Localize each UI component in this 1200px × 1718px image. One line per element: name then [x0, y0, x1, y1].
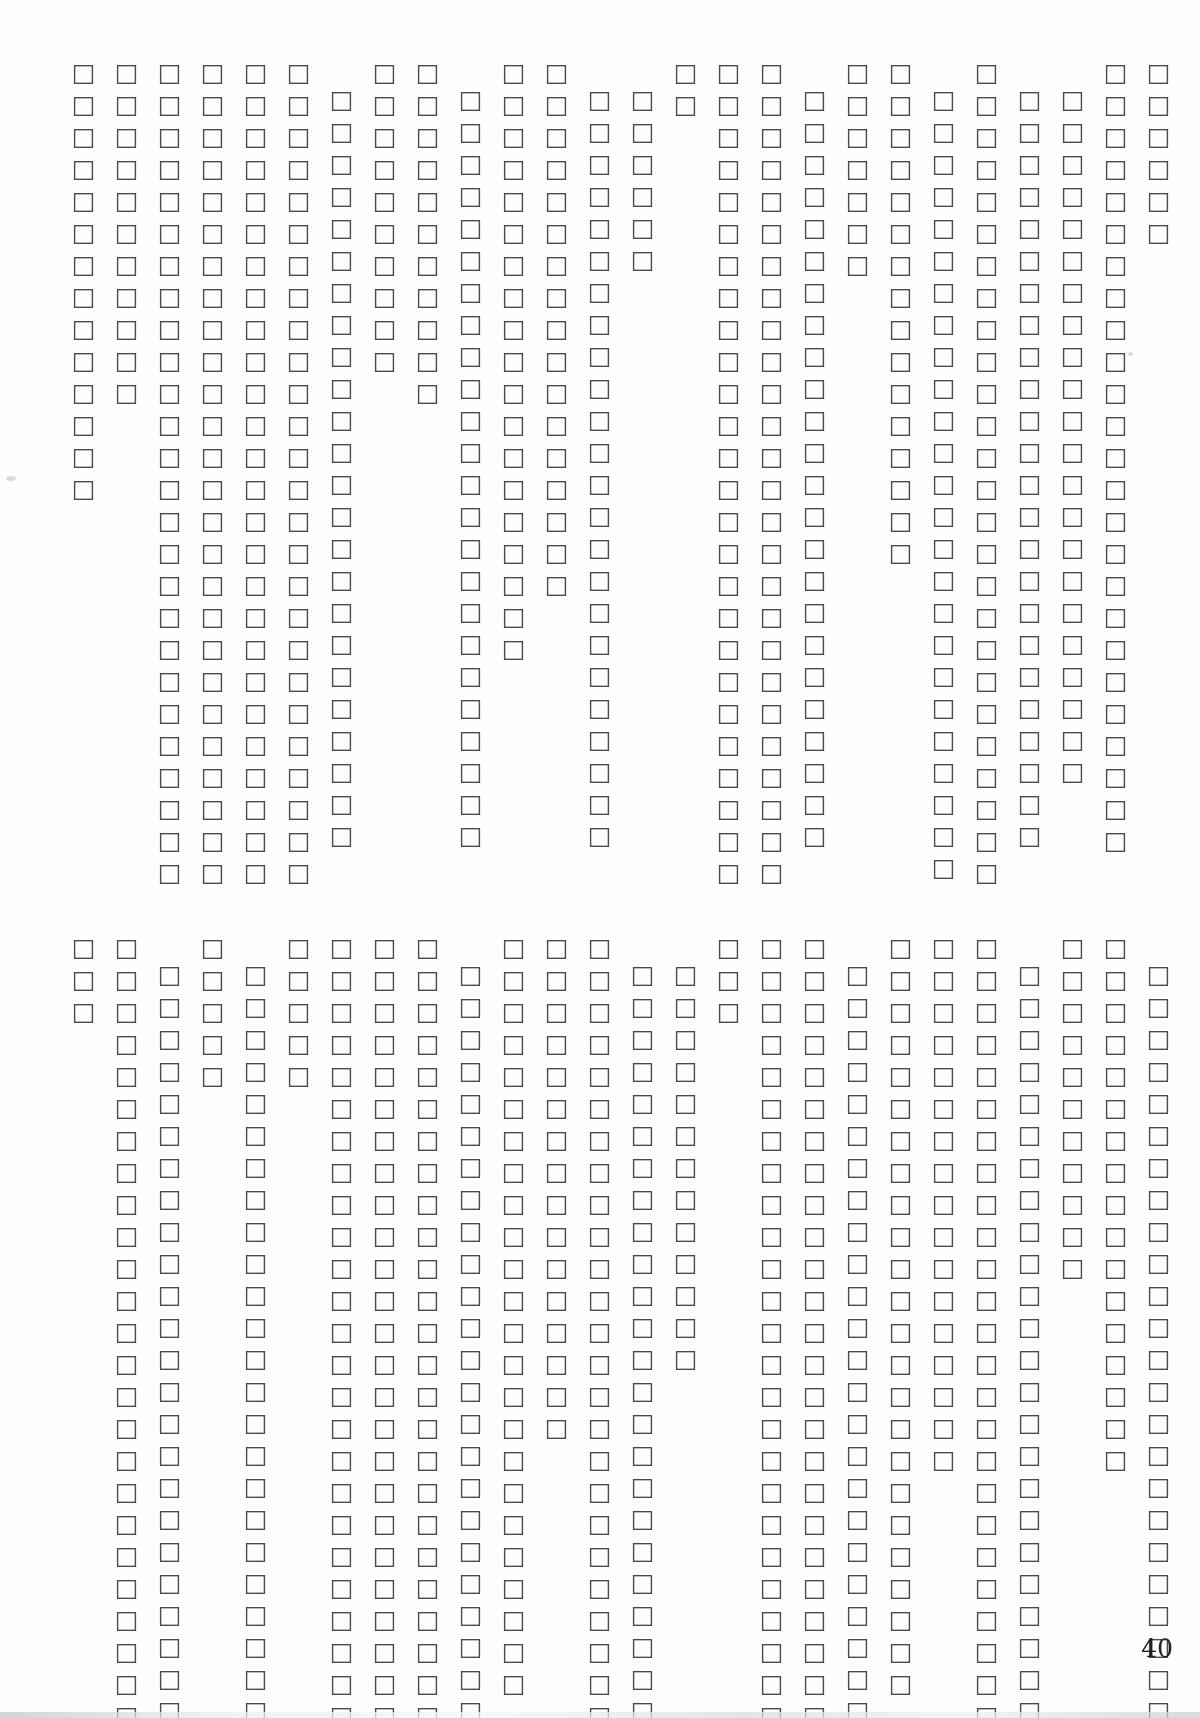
scan-speck	[6, 476, 16, 481]
text-column: □□□□□□□□□□□□□□□□□□□□□□□□□□	[965, 933, 1008, 1643]
text-column: □□□□□□□□□□□□□□	[62, 58, 105, 768]
text-column: □□□□□□□□□□□□□□□□□□□□□□□□	[492, 933, 535, 1643]
text-column: □□□□□□□□□□□□□□□□	[879, 58, 922, 768]
text-column: □□□□□□□□□□□□□□□□□□□□□□□□□□	[578, 933, 621, 1643]
text-column: □□□□□□□□□□□□□□□□□□□□□□□□	[621, 933, 664, 1643]
text-column: □□□□□□□□□□□□□□□□□□□□□□□□	[1008, 933, 1051, 1643]
text-column: □□□□□□□□□□□□□□□□□□□□□□□□□□	[793, 933, 836, 1643]
scan-edge-artifact	[0, 1712, 1200, 1718]
text-column: □□□□□□□□□□□□□□□□□□□□□□□□	[234, 933, 277, 1643]
text-column: □□□□□□□□□□□□□□□□□	[922, 933, 965, 1643]
text-column: □□□	[707, 933, 750, 1643]
text-column: □□□□□□□□□□□□□□□□□□□□□□□□□□	[363, 933, 406, 1643]
text-column: □□□□□□□□□□□□□□□□□□□□□□□□□□	[148, 58, 191, 768]
text-column: □□□□□□□□□□□□□□□□	[535, 933, 578, 1643]
text-column: □□□□□□□□□□□□□□□□□□□□□□□□□□	[234, 58, 277, 768]
text-column: □□□□□□□□□□□□□□□□□□□□□□□□□□	[406, 933, 449, 1643]
text-column: □□□□□□□	[836, 58, 879, 768]
text-column: □□□□□□□□□□□□□□□□□□□□□□□□□□	[105, 933, 148, 1643]
text-column: □□□□□	[277, 933, 320, 1643]
text-column: □□□□□□□□□□□□□□□□□□□□□□□□	[449, 58, 492, 768]
text-column: □□□□□□□□□□□□□□□□□□□	[492, 58, 535, 768]
text-column: □□□□□□□□□□□□□□□□□□□□□□□□□	[922, 58, 965, 768]
scanned-page: □□□□□□□□□□□□□□□□□□□□□□□□□□□□□□□□□□□□□□□□…	[0, 0, 1200, 1718]
text-column: □□	[664, 58, 707, 768]
text-column: □□□□□□	[1137, 58, 1180, 768]
text-column: □□□□□□□□□□□	[105, 58, 148, 768]
text-column: □□□□□□□□□□□□□□□□□□□□□□□□□□	[750, 58, 793, 768]
text-column: □□□□□□□□□□□□□□□□□□□□□□□□	[1008, 58, 1051, 768]
text-column: □□□□□□□□□□□□□□□□□□□□□□□□	[879, 933, 922, 1643]
text-column: □□□□□□□□□□□□□□□□□□□□□□□□	[578, 58, 621, 768]
text-column: □□□□□□□□□□□□□□□□□□□□□□□□	[449, 933, 492, 1643]
text-column: □□□□□□□□□□□□□□□□□□□□□□□□□□	[191, 58, 234, 768]
text-column: □□□□□□□□□□□□□□□□□□□□□□□□	[836, 933, 879, 1643]
text-block-bottom: □□□□□□□□□□□□□□□□□□□□□□□□□□□□□□□□□□□□□□□□…	[58, 933, 1180, 1643]
scan-speck	[1128, 352, 1133, 356]
text-column: □□□□□□□□□□□□□□□□□□□□□□□□□	[1094, 58, 1137, 768]
text-column: □□□□□□□□□□□□□□□□□□□□□□□□□□	[707, 58, 750, 768]
text-column: □□□□□□□□□□□□□□□□□□□□□□□□	[320, 58, 363, 768]
text-column: □□□□□□□□□□□□□□□□□□□□□□□□□□	[750, 933, 793, 1643]
text-column: □□□□□□□□□□□□□□□□□□□□□□□□	[793, 58, 836, 768]
text-column: □□□□□□□□□□□□□□□□□□□□□□□□□□	[320, 933, 363, 1643]
text-column: □□□□□□□□□□□	[406, 58, 449, 768]
text-column: □□□□□□□□□□□□□□□□□	[535, 58, 578, 768]
text-block-top: □□□□□□□□□□□□□□□□□□□□□□□□□□□□□□□□□□□□□□□□…	[58, 58, 1180, 768]
text-column: □□□□□□□□□□□□□□□□□□□□□□□□□□	[277, 58, 320, 768]
text-column: □□□□□□□□□□□□□□□□□	[1094, 933, 1137, 1643]
text-column: □□□□□□□□□□□□□□□□□□□□□□	[1051, 58, 1094, 768]
text-column: □□□□□□□□□□□□□□□□□□□□□□□□	[148, 933, 191, 1643]
text-column: □□□□□□□□□□□	[1051, 933, 1094, 1643]
text-column: □□□	[62, 933, 105, 1643]
text-column: □□□□□	[191, 933, 234, 1643]
text-column: □□□□□□	[621, 58, 664, 768]
text-column: □□□□□□□□□□□□□□□□□□□□□□□□□□	[965, 58, 1008, 768]
text-column: □□□□□□□□□□	[363, 58, 406, 768]
text-column: □□□□□□□□□□□□□	[664, 933, 707, 1643]
text-column: □□□□□□□□□□□□□□□□□□□□□□□□	[1137, 933, 1180, 1643]
page-number: 40	[1141, 1634, 1173, 1663]
